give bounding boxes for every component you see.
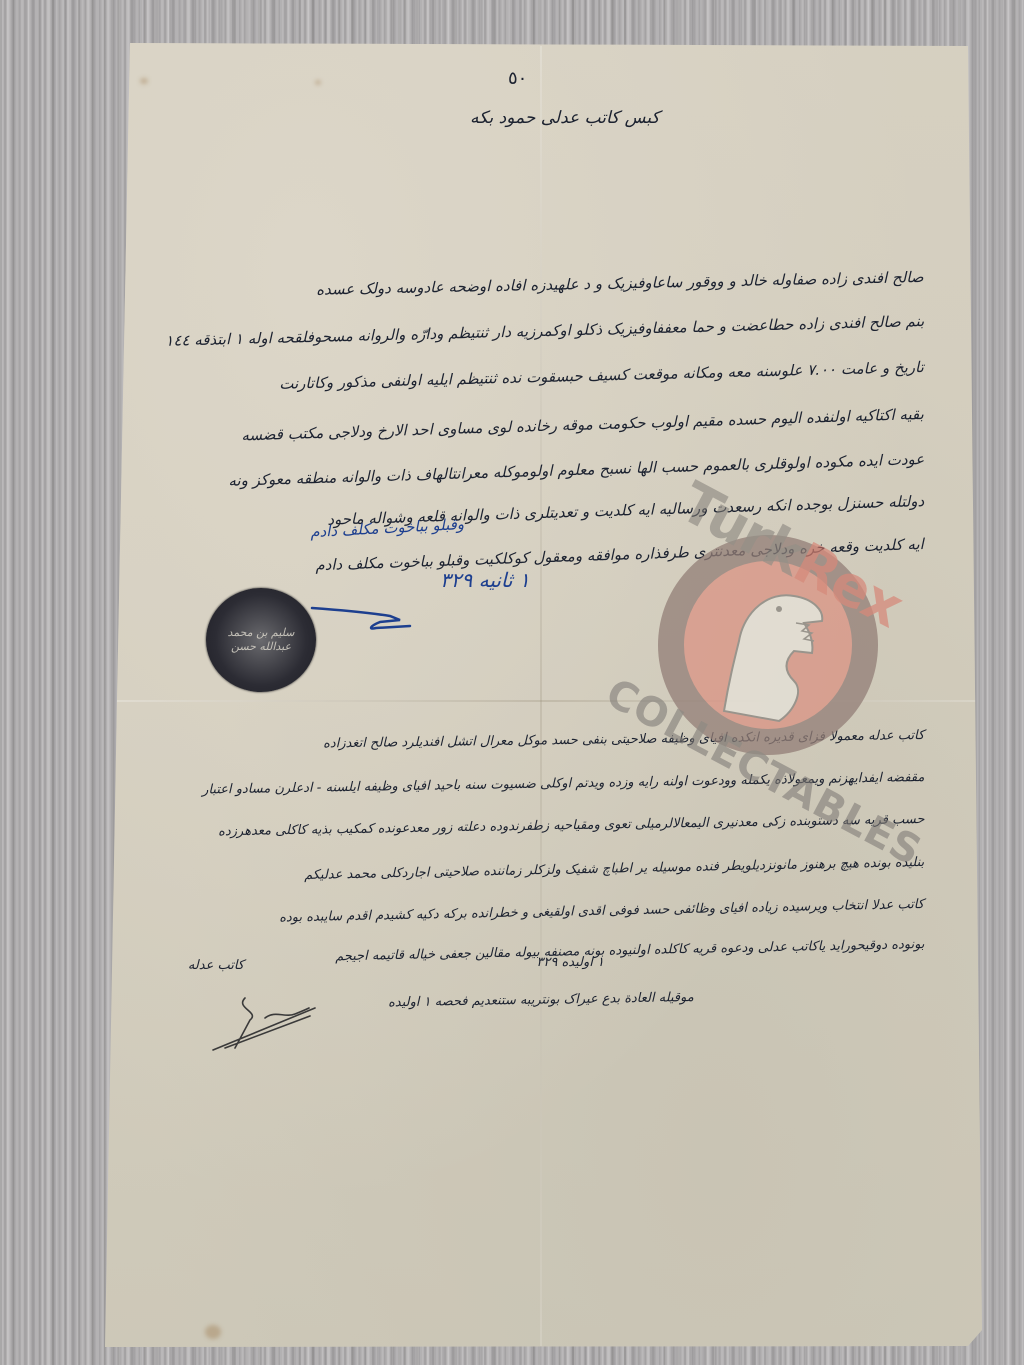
- pencil-signature: [205, 988, 325, 1058]
- date-stamp-2: ١ اولیده ٣٢٩: [536, 955, 604, 970]
- document-heading: کبس کاتب عدلی حمود بکه: [470, 108, 660, 128]
- water-stain: [205, 1325, 221, 1339]
- vertical-fold-crease: [540, 46, 542, 1346]
- ink-stain: [140, 78, 148, 84]
- turkrex-watermark-logo: TurkRex COLLECTABLES: [640, 470, 950, 770]
- official-seal-stamp: سلیم بن محمد عبدالله حسن: [206, 588, 316, 692]
- page-number: ٥٠: [508, 68, 527, 89]
- blue-signature-flourish: [310, 600, 420, 640]
- seal-inscription: سلیم بن محمد عبدالله حسن: [219, 626, 303, 654]
- signature-label: کاتب عدله: [188, 958, 244, 973]
- ink-stain: [315, 80, 321, 85]
- date-stamp-1: ١ ثانیه ٣٢٩: [440, 568, 530, 592]
